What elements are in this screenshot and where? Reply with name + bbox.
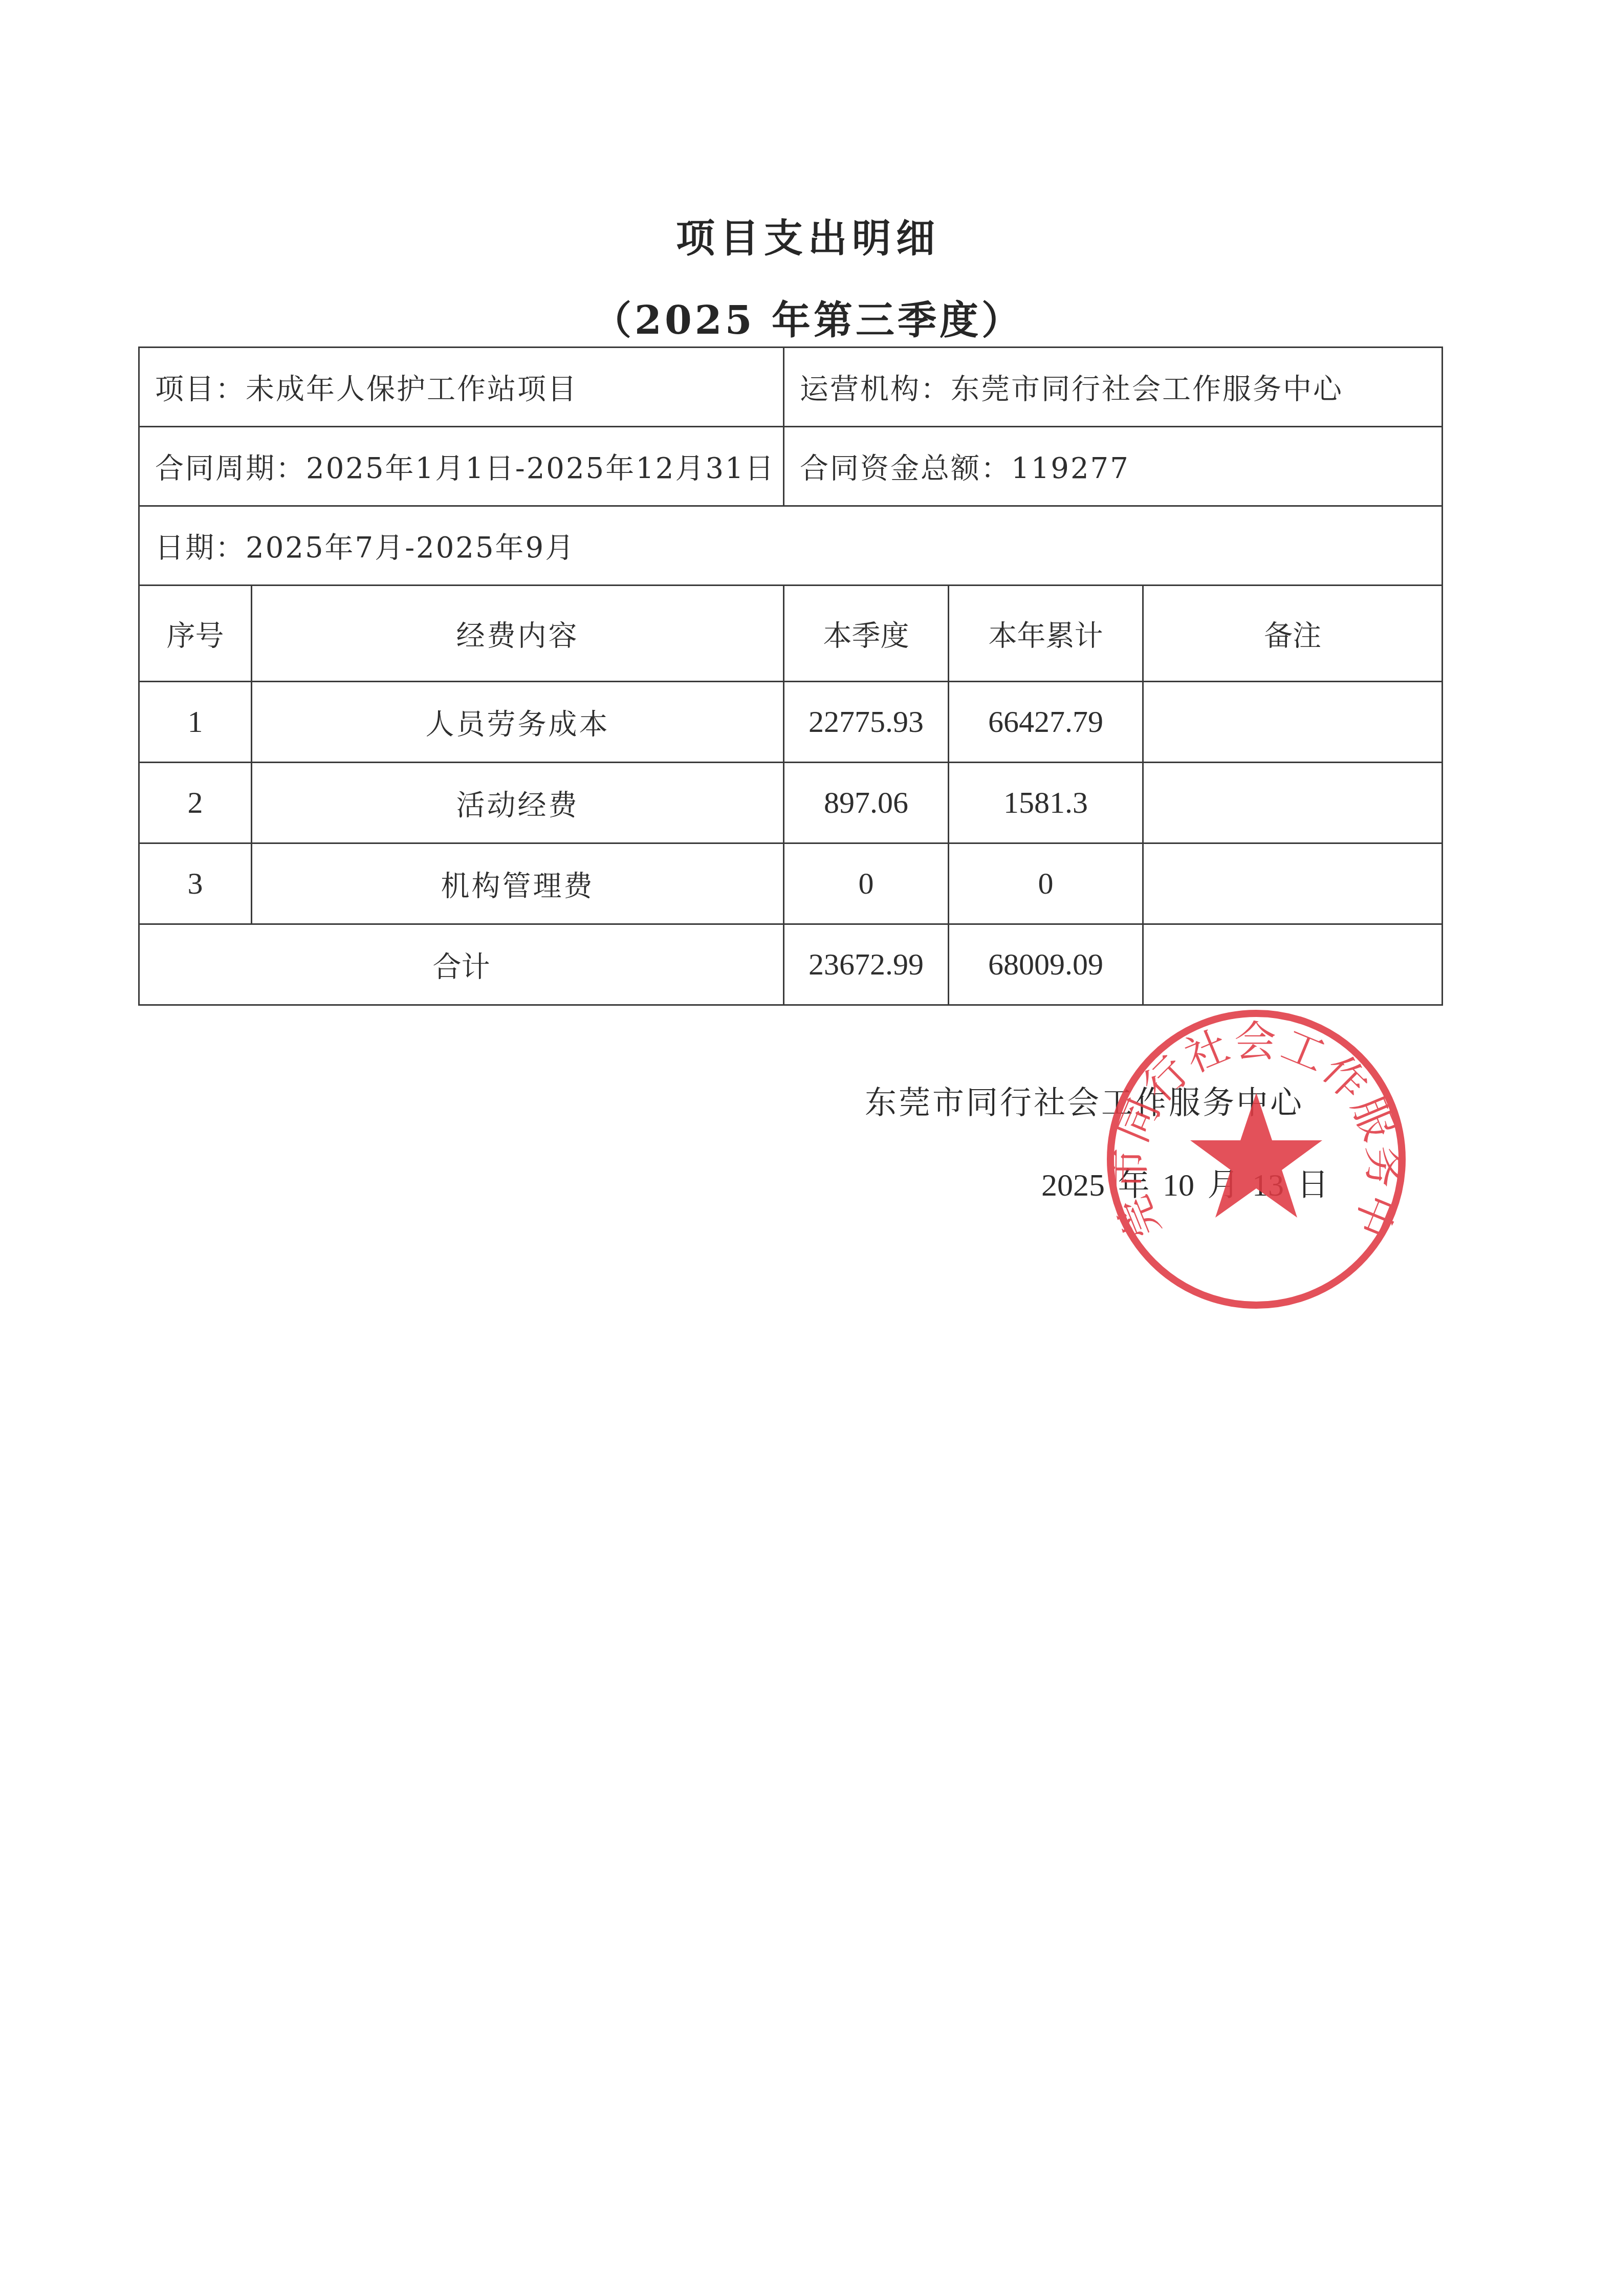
info-row-project: 项目：未成年人保护工作站项目 运营机构：东莞市同行社会工作服务中心: [139, 348, 1443, 427]
header-content: 经费内容: [252, 586, 784, 682]
row-ytd: 0: [949, 843, 1143, 924]
row-content: 人员劳务成本: [252, 682, 784, 763]
contract-period: 合同周期：2025年1月1日-2025年12月31日: [139, 427, 784, 506]
total-ytd: 68009.09: [949, 924, 1143, 1005]
header-seq: 序号: [139, 586, 252, 682]
row-content: 机构管理费: [252, 843, 784, 924]
row-ytd: 66427.79: [949, 682, 1143, 763]
row-quarter: 22775.93: [784, 682, 949, 763]
total-remark: [1143, 924, 1443, 1005]
row-remark: [1143, 763, 1443, 843]
document-title: 项目支出明细: [0, 207, 1616, 263]
star-icon: [1190, 1093, 1322, 1218]
row-remark: [1143, 843, 1443, 924]
total-quarter: 23672.99: [784, 924, 949, 1005]
row-remark: [1143, 682, 1443, 763]
row-seq: 3: [139, 843, 252, 924]
row-seq: 1: [139, 682, 252, 763]
seal-graphic: 东莞市同行社会工作服务中心: [1103, 1006, 1410, 1313]
header-remark: 备注: [1143, 586, 1443, 682]
table-row: 2 活动经费 897.06 1581.3: [139, 763, 1443, 843]
date-range: 日期：2025年7月-2025年9月: [139, 506, 1443, 586]
project-name: 项目：未成年人保护工作站项目: [139, 348, 784, 427]
official-seal: 东莞市同行社会工作服务中心: [1103, 1006, 1410, 1313]
info-row-contract: 合同周期：2025年1月1日-2025年12月31日 合同资金总额：119277: [139, 427, 1443, 506]
header-quarter: 本季度: [784, 586, 949, 682]
table-row: 3 机构管理费 0 0: [139, 843, 1443, 924]
row-ytd: 1581.3: [949, 763, 1143, 843]
expense-table: 项目：未成年人保护工作站项目 运营机构：东莞市同行社会工作服务中心 合同周期：2…: [138, 346, 1443, 1006]
row-quarter: 897.06: [784, 763, 949, 843]
row-seq: 2: [139, 763, 252, 843]
info-row-date: 日期：2025年7月-2025年9月: [139, 506, 1443, 586]
row-quarter: 0: [784, 843, 949, 924]
document-subtitle: （2025 年第三季度）: [0, 289, 1616, 345]
total-label: 合计: [139, 924, 784, 1005]
operator-name: 运营机构：东莞市同行社会工作服务中心: [784, 348, 1443, 427]
expense-table-container: 项目：未成年人保护工作站项目 运营机构：东莞市同行社会工作服务中心 合同周期：2…: [138, 346, 1442, 1006]
contract-total: 合同资金总额：119277: [784, 427, 1443, 506]
row-content: 活动经费: [252, 763, 784, 843]
table-total-row: 合计 23672.99 68009.09: [139, 924, 1443, 1005]
header-ytd: 本年累计: [949, 586, 1143, 682]
table-row: 1 人员劳务成本 22775.93 66427.79: [139, 682, 1443, 763]
table-header-row: 序号 经费内容 本季度 本年累计 备注: [139, 586, 1443, 682]
